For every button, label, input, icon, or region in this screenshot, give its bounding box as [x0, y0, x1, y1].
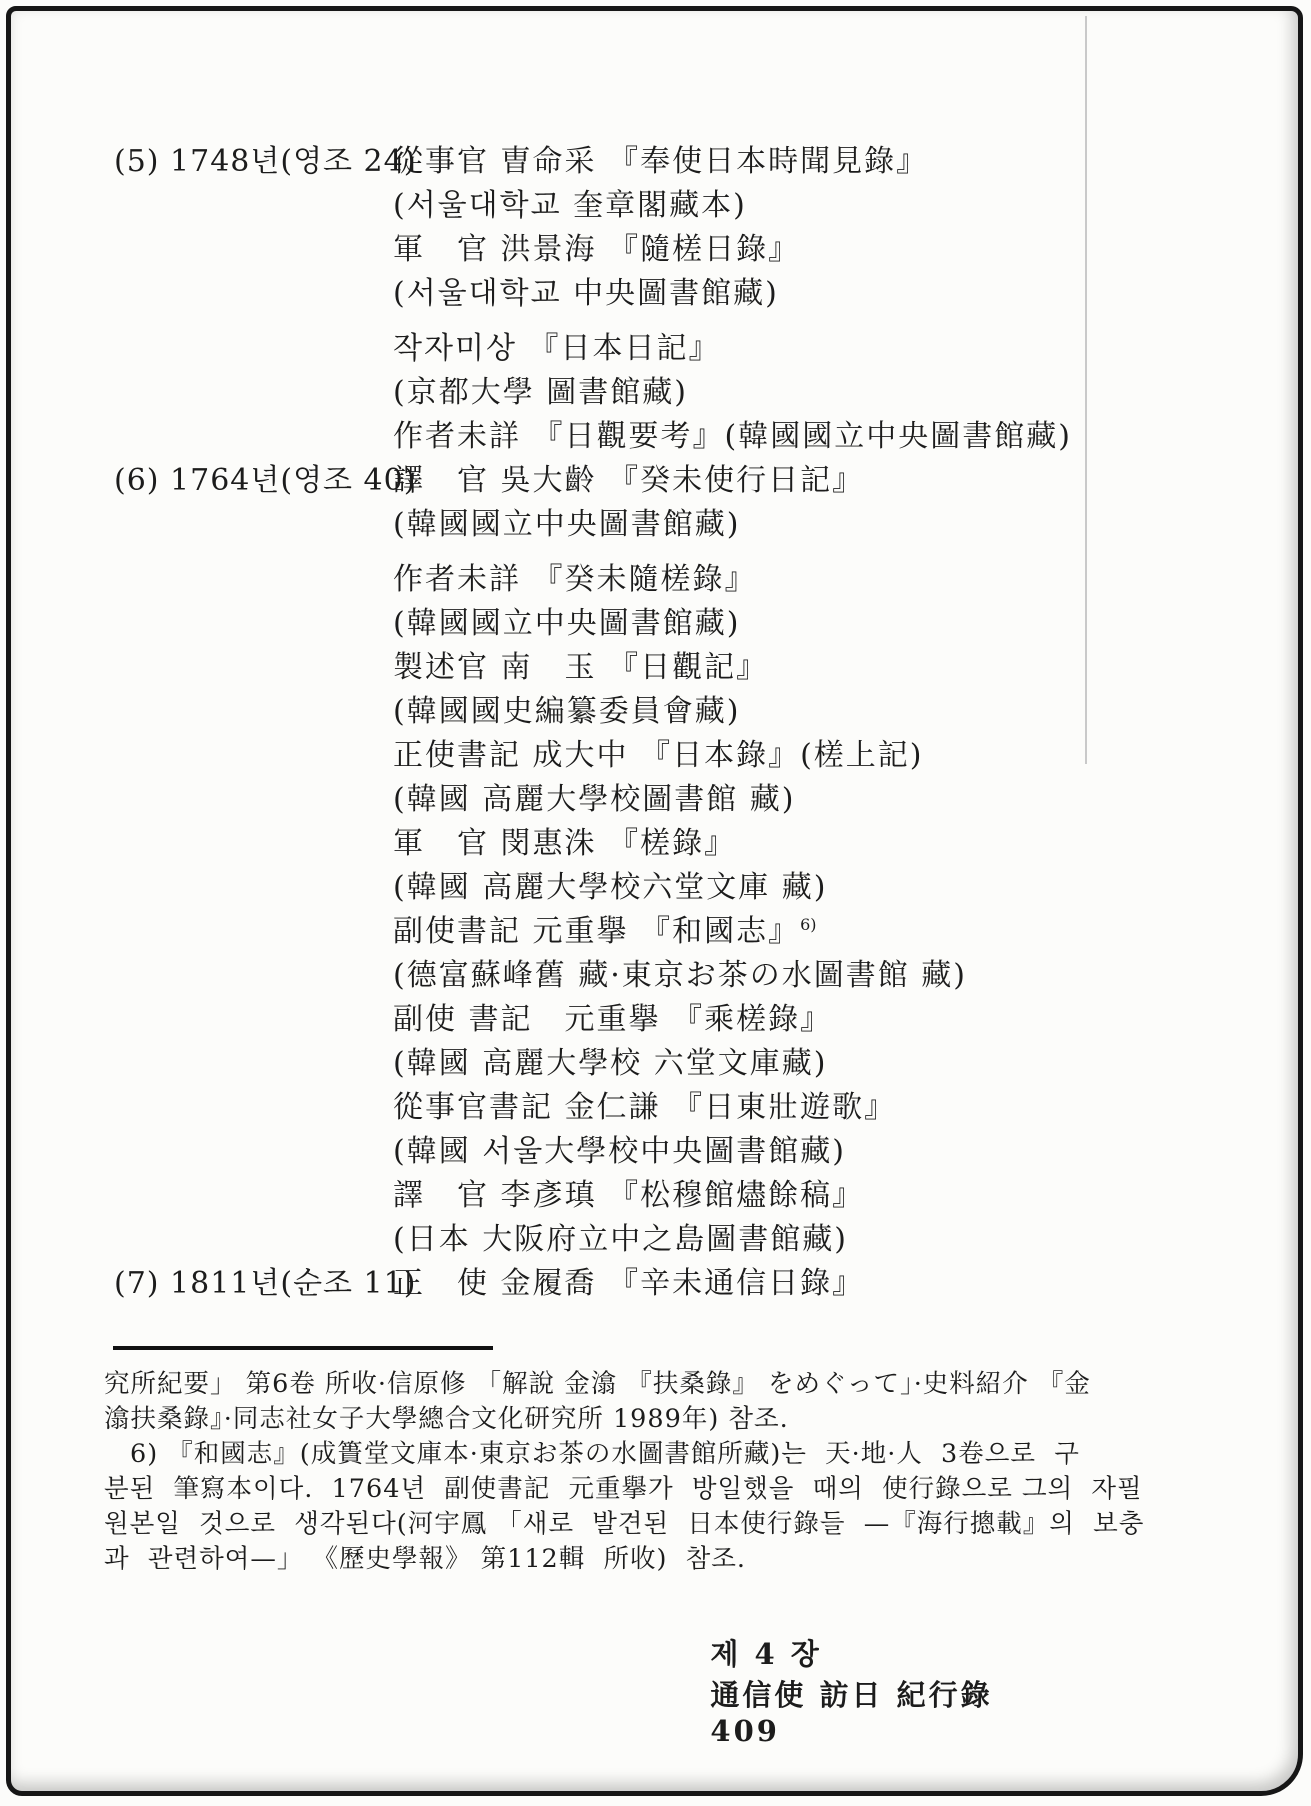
page-number: 409: [710, 1714, 780, 1748]
entry-line: 製述官 南 玉 『日觀記』: [0, 642, 1311, 686]
entry-text: 譯 官 李彥瑱 『松穆館燼餘稿』: [393, 1170, 864, 1214]
chapter-title: 通信使 訪日 紀行錄: [710, 1678, 992, 1712]
entry-line: (韓國國立中央圖書館藏): [0, 598, 1311, 642]
entry-line: 軍 官 洪景海 『隨槎日錄』: [0, 224, 1311, 268]
entry-line: (日本 大阪府立中之島圖書館藏): [0, 1214, 1311, 1258]
entry-text: (韓國 高麗大學校 六堂文庫藏): [393, 1038, 827, 1082]
entry-line: 작자미상 『日本日記』: [0, 323, 1311, 367]
entry-line: (5) 1748년(영조 24)從事官 曺命采 『奉使日本時聞見錄』: [0, 136, 1311, 180]
entry-line: 從事官書記 金仁謙 『日東壯遊歌』: [0, 1082, 1311, 1126]
entry-text: (韓國國立中央圖書館藏): [393, 499, 740, 543]
entry-line: (韓國國史編纂委員會藏): [0, 686, 1311, 730]
footnote-line: 분된 筆寫本이다. 1764년 副使書記 元重擧가 방일했을 때의 使行錄으로 …: [104, 1469, 1234, 1504]
entry-line: 作者未詳 『日觀要考』(韓國國立中央圖書館藏): [0, 411, 1311, 455]
bibliography-list: (5) 1748년(영조 24)從事官 曺命采 『奉使日本時聞見錄』(서울대학교…: [0, 136, 1311, 1302]
entry-line: (서울대학교 中央圖書館藏): [0, 268, 1311, 312]
scanned-book-page: (5) 1748년(영조 24)從事官 曺命采 『奉使日本時聞見錄』(서울대학교…: [0, 0, 1311, 1806]
entry-line: (德富蘇峰舊 藏·東京お茶の水圖書館 藏): [0, 950, 1311, 994]
entry-line: (韓國國立中央圖書館藏): [0, 499, 1311, 543]
entry-line: 軍 官 閔惠洙 『槎錄』: [0, 818, 1311, 862]
footnote-divider: [113, 1346, 493, 1350]
entry-text: 副使書記 元重擧 『和國志』6): [393, 906, 817, 950]
entry-line: 副使 書記 元重擧 『乘槎錄』: [0, 994, 1311, 1038]
entry-text: (京都大學 圖書館藏): [393, 367, 688, 411]
entry-year-label: (7) 1811년(순조 11): [114, 1258, 416, 1302]
entry-text: 軍 官 閔惠洙 『槎錄』: [393, 818, 736, 862]
entry-text: (서울대학교 中央圖書館藏): [393, 268, 779, 312]
entry-text: 作者未詳 『癸未隨槎錄』: [393, 554, 757, 598]
entry-line: 正使書記 成大中 『日本錄』(槎上記): [0, 730, 1311, 774]
entry-line: 譯 官 李彥瑱 『松穆館燼餘稿』: [0, 1170, 1311, 1214]
entry-text: 製述官 南 玉 『日觀記』: [393, 642, 768, 686]
entry-text: 從事官書記 金仁謙 『日東壯遊歌』: [393, 1082, 896, 1126]
entry-line: (韓國 高麗大學校六堂文庫 藏): [0, 862, 1311, 906]
entry-text: (日本 大阪府立中之島圖書館藏): [393, 1214, 848, 1258]
entry-text: (韓國 高麗大學校圖書館 藏): [393, 774, 795, 818]
entry-text: (서울대학교 奎章閣藏本): [393, 180, 747, 224]
entry-text: (韓國國立中央圖書館藏): [393, 598, 740, 642]
entry-text: 譯 官 吳大齡 『癸未使行日記』: [393, 455, 864, 499]
entry-line: (韓國 서울大學校中央圖書館藏): [0, 1126, 1311, 1170]
entry-text: (韓國 서울大學校中央圖書館藏): [393, 1126, 846, 1170]
entry-line: (韓國 高麗大學校 六堂文庫藏): [0, 1038, 1311, 1082]
entry-line: (6) 1764년(영조 40)譯 官 吳大齡 『癸未使行日記』: [0, 455, 1311, 499]
entry-line: 作者未詳 『癸未隨槎錄』: [0, 554, 1311, 598]
footnote-line: 원본일 것으로 생각된다(河宇鳳 「새로 발견된 日本使行錄들 —『海行摠載』의…: [104, 1504, 1234, 1539]
entry-text: 作者未詳 『日觀要考』(韓國國立中央圖書館藏): [393, 411, 1072, 455]
entry-text: 正 使 金履喬 『辛未通信日錄』: [393, 1258, 864, 1302]
entry-text: (德富蘇峰舊 藏·東京お茶の水圖書館 藏): [393, 950, 967, 994]
entry-line: (韓國 高麗大學校圖書館 藏): [0, 774, 1311, 818]
entry-text: 작자미상 『日本日記』: [393, 323, 720, 367]
entry-line: (京都大學 圖書館藏): [0, 367, 1311, 411]
page-footer: 제 4 장 通信使 訪日 紀行錄 409: [658, 1598, 1027, 1782]
footnotes-block: 究所紀要」 第6卷 所收·信原修 「解說 金潝 『扶桑錄』 をめぐって」·史料紹…: [104, 1364, 1234, 1574]
chapter-label: 제 4 장: [710, 1637, 821, 1671]
entry-line: (서울대학교 奎章閣藏本): [0, 180, 1311, 224]
footnote-ref: 6): [800, 915, 816, 934]
entry-text: (韓國國史編纂委員會藏): [393, 686, 740, 730]
entry-text: 副使 書記 元重擧 『乘槎錄』: [393, 994, 832, 1038]
entry-line: (7) 1811년(순조 11)正 使 金履喬 『辛未通信日錄』: [0, 1258, 1311, 1302]
entry-text: (韓國 高麗大學校六堂文庫 藏): [393, 862, 827, 906]
entry-year-label: (6) 1764년(영조 40): [114, 455, 416, 499]
footnote-line: 6) 『和國志』(成簣堂文庫本·東京お茶の水圖書館所藏)는 天·地·人 3卷으로…: [104, 1434, 1234, 1469]
entry-text: 正使書記 成大中 『日本錄』(槎上記): [393, 730, 923, 774]
entry-text: 從事官 曺命采 『奉使日本時聞見錄』: [393, 136, 928, 180]
footnote-line: 潝扶桑錄』·同志社女子大學總合文化研究所 1989年) 참조.: [104, 1399, 1234, 1434]
footnote-line: 究所紀要」 第6卷 所收·信原修 「解說 金潝 『扶桑錄』 をめぐって」·史料紹…: [104, 1364, 1234, 1399]
entry-line: 副使書記 元重擧 『和國志』6): [0, 906, 1311, 950]
entry-year-label: (5) 1748년(영조 24): [114, 136, 416, 180]
entry-text: 軍 官 洪景海 『隨槎日錄』: [393, 224, 800, 268]
footnote-line: 과 관련하여—」 《歷史學報》 第112輯 所收) 참조.: [104, 1539, 1234, 1574]
